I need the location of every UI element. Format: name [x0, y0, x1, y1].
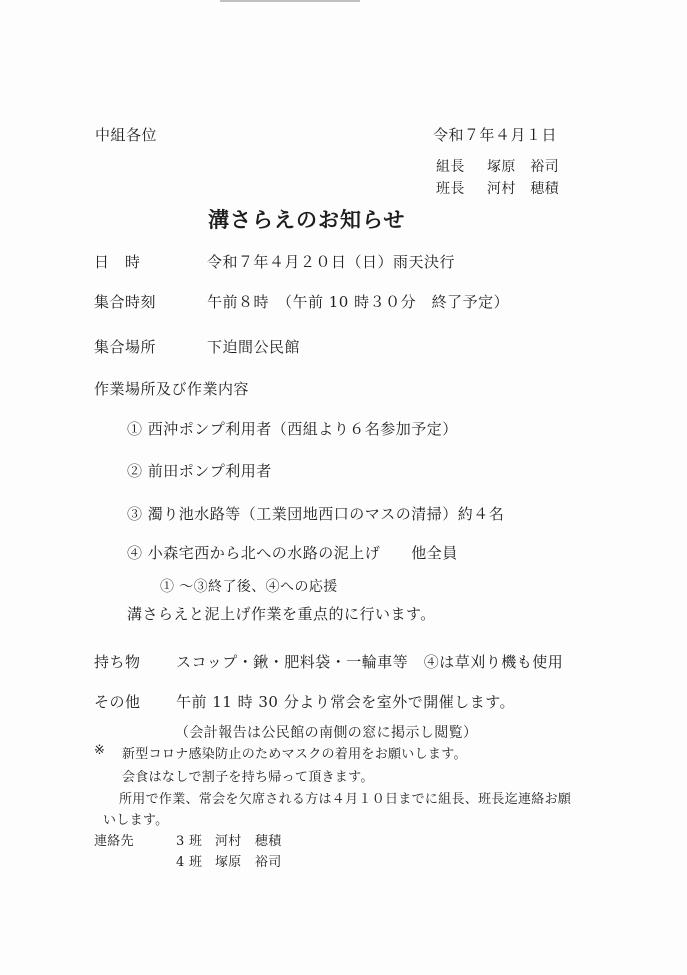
other-note: （会計報告は公民館の南側の窓に掲示し閲覧）	[175, 722, 477, 742]
work-item-2: ② 前田ポンプ利用者	[127, 460, 272, 481]
belongings-value: スコップ・鍬・肥料袋・一輪車等 ④は草刈り機も使用	[176, 651, 563, 672]
work-item-3: ③ 濁り池水路等（工業団地西口のマスの清掃）約４名	[127, 503, 504, 524]
contact-name-2: 塚原 裕司	[215, 851, 282, 870]
other-value: 午前 11 時 30 分より常会を室外で開催します。	[176, 691, 515, 712]
note-line-1: 新型コロナ感染防止のためマスクの着用をお願いします。	[122, 743, 467, 762]
note-mark: ※	[94, 743, 105, 758]
note-line-3: 所用で作業、常会を欠席される方は４月１０日までに組長、班長迄連絡お願	[119, 788, 571, 807]
belongings-label: 持ち物	[94, 651, 141, 672]
work-emphasis: 溝さらえと泥上げ作業を重点的に行います。	[127, 603, 436, 624]
addressee: 中組各位	[95, 124, 157, 145]
field-label-datetime: 日 時	[94, 251, 141, 272]
contact-group-2: 4 班	[176, 851, 202, 870]
field-value-datetime: 令和７年４月２０日（日）雨天決行	[207, 251, 455, 272]
work-heading: 作業場所及び作業内容	[94, 378, 249, 399]
work-sub-note: ① ～③終了後、④への応援	[160, 576, 338, 596]
signatory-name-1: 塚原 裕司	[487, 156, 559, 176]
work-item-1: ① 西沖ポンプ利用者（西組より６名参加予定）	[127, 418, 458, 439]
issue-date: 令和７年４月１日	[433, 124, 557, 145]
field-label-meeting-time: 集合時刻	[94, 291, 156, 312]
notice-document: 中組各位 令和７年４月１日 組長 塚原 裕司 班長 河村 穂積 溝さらえのお知ら…	[0, 0, 687, 975]
contact-label: 連絡先	[94, 830, 134, 849]
field-value-meeting-time: 午前８時 （午前 10 時３０分 終了予定）	[207, 291, 509, 312]
other-label: その他	[94, 691, 141, 712]
scan-artifact	[220, 0, 360, 2]
field-label-meeting-place: 集合場所	[94, 336, 156, 357]
note-line-2: 会食はなしで割子を持ち帰って頂きます。	[122, 766, 374, 785]
page-title: 溝さらえのお知らせ	[208, 204, 405, 234]
contact-name-1: 河村 穂積	[215, 830, 282, 849]
work-item-4: ④ 小森宅西から北への水路の泥上げ 他全員	[127, 542, 458, 563]
field-value-meeting-place: 下迫間公民館	[207, 336, 300, 357]
contact-group-1: 3 班	[176, 830, 202, 849]
signatory-role-1: 組長	[436, 156, 465, 176]
signatory-name-2: 河村 穂積	[487, 178, 559, 198]
signatory-role-2: 班長	[436, 178, 465, 198]
note-line-4: いします。	[103, 809, 168, 828]
